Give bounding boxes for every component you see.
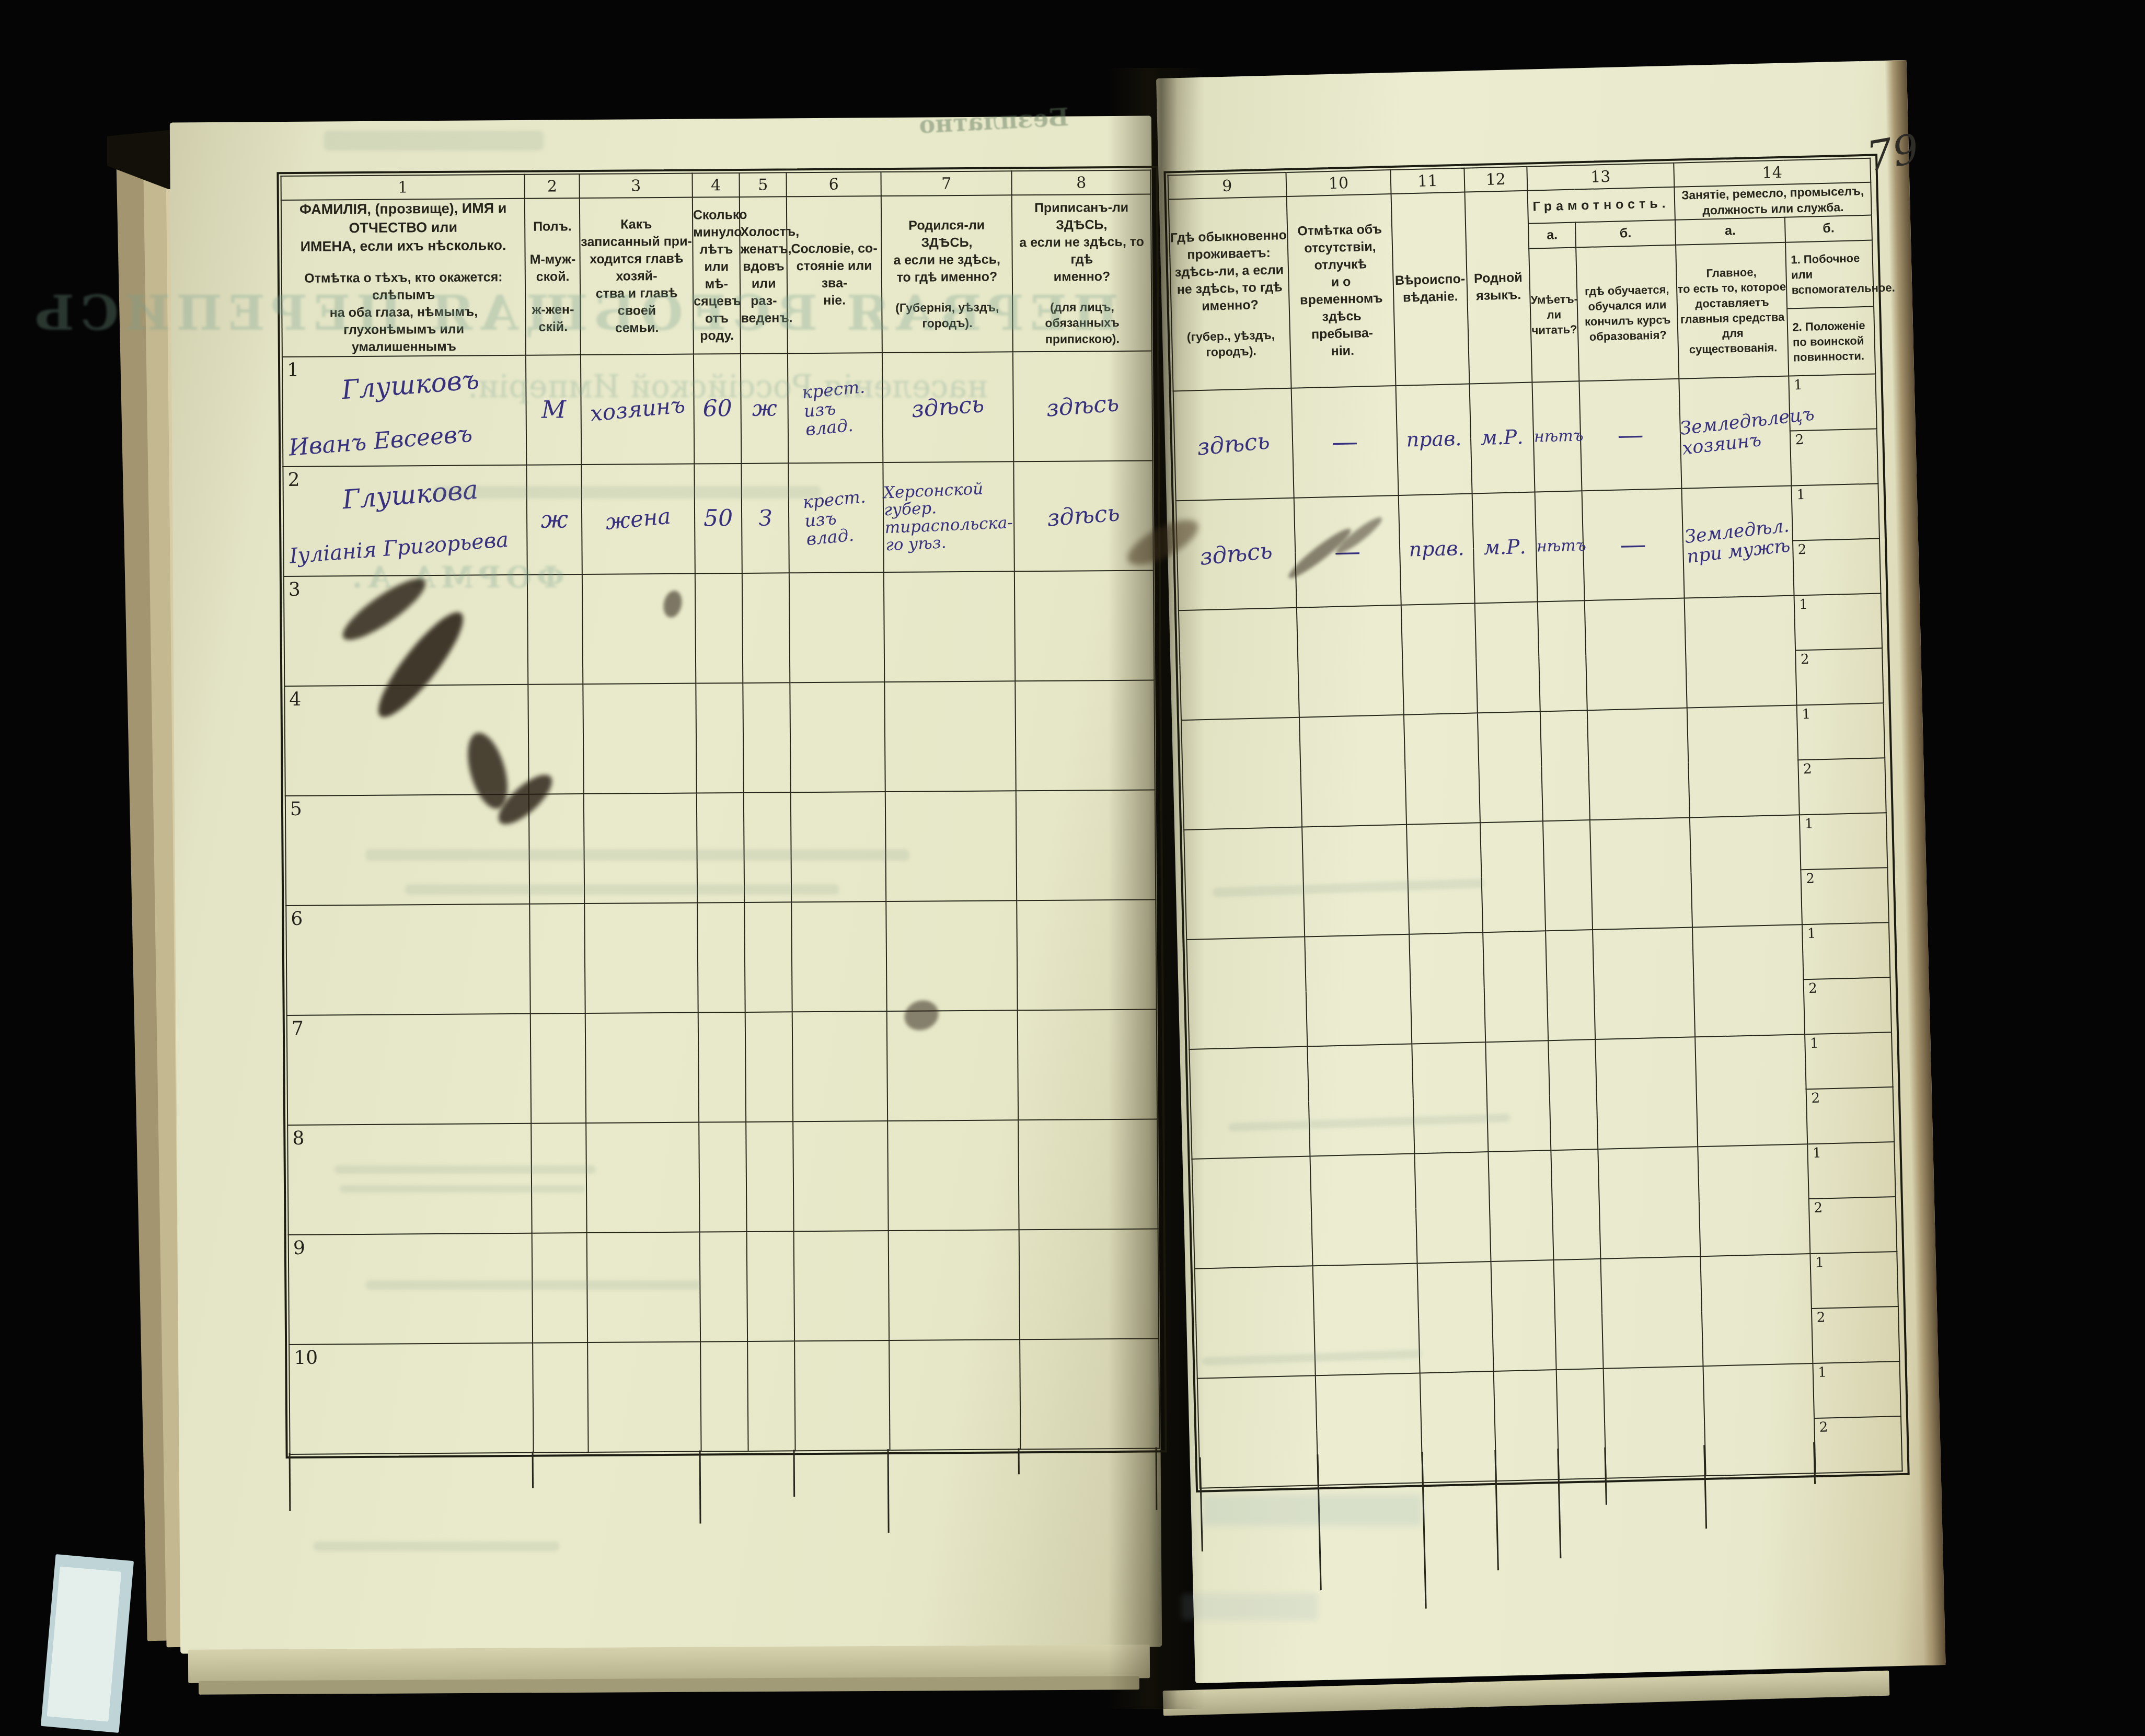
sub-row-label: 1	[1794, 377, 1803, 393]
row-number: 9	[293, 1237, 305, 1259]
col9-header-title: Гдѣ обыкновенно проживаетъ: здѣсь-ли, а …	[1170, 227, 1289, 316]
sub-row-label: 1	[1802, 707, 1810, 722]
col10-header: Отмѣтка объ отсутствіи, отлучкѣ и о врем…	[1286, 194, 1396, 388]
table-row: 3	[284, 570, 1154, 686]
sub-row-label: 2	[1819, 1419, 1828, 1435]
entry-surname: Глушковъ	[341, 362, 526, 404]
sub-row-label: 2	[1795, 432, 1804, 448]
book-photo: 1 2 3 4 5 6 7 8 ФАМИЛІЯ, (прозвище), ИМЯ…	[0, 0, 2145, 1736]
entry-residence: здѣсь	[1199, 538, 1274, 570]
sub-row-label: 1	[1813, 1145, 1821, 1161]
entry-age: 50	[704, 506, 733, 531]
entry-marital: З	[758, 506, 772, 530]
col2-header-male: М-муж- ской.	[526, 251, 580, 286]
col1-header: ФАМИЛІЯ, (прозвище), ИМЯ и ОТЧЕСТВО или …	[281, 199, 526, 357]
table-row: 9	[289, 1229, 1159, 1345]
entry-marital: ж	[752, 397, 777, 421]
col14b-label: б.	[1785, 215, 1872, 242]
entry-occupation-main: Земледѣл. при мужѣ	[1683, 516, 1792, 568]
sub-row-label: 2	[1801, 652, 1809, 667]
col4-header: Сколько минуло лѣтъ или мѣ- сяцевъ отъ р…	[693, 197, 741, 354]
row-number: 2	[287, 469, 299, 491]
census-table-left-grid: 1 2 3 4 5 6 7 8 ФАМИЛІЯ, (прозвище), ИМЯ…	[281, 169, 1160, 1455]
entry-sex: М	[541, 397, 566, 423]
sub-row-label: 2	[1808, 981, 1817, 997]
col10-number: 10	[1286, 170, 1391, 196]
col9-header: Гдѣ обыкновенно проживаетъ: здѣсь-ли, а …	[1169, 196, 1291, 391]
col1-header-title: ФАМИЛІЯ, (прозвище), ИМЯ и ОТЧЕСТВО или …	[282, 199, 525, 257]
col13b-label: б.	[1575, 220, 1676, 248]
col11-header: Вѣроиспо- вѣданіе.	[1391, 192, 1469, 386]
entry-language: м.Р.	[1483, 536, 1526, 559]
col13b-header: гдѣ обучается, обучался или кончилъ курс…	[1576, 245, 1679, 381]
entry-name: Іуліанія Григорьева	[289, 527, 527, 568]
col14b-header: 1. Побочное или вспомогательное. 2. Поло…	[1785, 240, 1875, 376]
col8-number: 8	[1012, 170, 1151, 195]
col7-header-note: (Губернія, уѣздъ, городъ).	[882, 299, 1012, 331]
entry-name: Иванъ Евсеевъ	[288, 418, 526, 460]
table-edge-line	[289, 1453, 291, 1511]
page-stack-bottom-left	[47, 1566, 122, 1721]
sub-row-label: 1	[1815, 1255, 1824, 1270]
table-edge-line	[1156, 1447, 1158, 1510]
col8-header: Приписанъ-ли ЗДѢСЬ, а если не здѣсь, то …	[1012, 194, 1152, 352]
table-row: 6	[286, 899, 1156, 1015]
entry-registered: здѣсь	[1046, 501, 1121, 531]
col3-header: Какъ записанный при- ходится главѣ хозяй…	[580, 198, 694, 355]
entry-relation: хозяинъ	[589, 393, 686, 425]
sub-row-label: 1	[1799, 597, 1808, 612]
sub-row-label: 2	[1806, 871, 1815, 887]
col1-number: 1	[281, 175, 525, 200]
row-number: 5	[290, 798, 302, 820]
census-table-right-grid: 9 10 11 12 13 14 Гдѣ обыкновенно прожива…	[1168, 158, 1903, 1489]
col2-number: 2	[525, 174, 580, 199]
sub-row-label: 2	[1797, 542, 1806, 558]
col5-number: 5	[740, 172, 787, 197]
entry-religion: прав.	[1409, 538, 1464, 561]
row-number: 3	[289, 579, 301, 600]
table-edge-line	[793, 1450, 795, 1497]
entry-registered: здѣсь	[1045, 391, 1120, 421]
entry-residence: здѣсь	[1196, 429, 1271, 460]
sub-row-label: 1	[1818, 1364, 1827, 1380]
sub-row-label: 2	[1803, 761, 1812, 777]
table-row: 4	[284, 680, 1155, 796]
col8-header-title: Приписанъ-ли ЗДѢСЬ, а если не здѣсь, то …	[1012, 199, 1151, 286]
row-number: 7	[292, 1018, 304, 1039]
row-number: 6	[291, 908, 303, 930]
col12-header: Родной языкъ.	[1464, 191, 1532, 384]
col7-header: Родился-ли ЗДѢСЬ, а если не здѣсь, то гд…	[881, 195, 1013, 353]
entry-literacy: нѣтъ	[1537, 537, 1586, 555]
col14b-military-label: 2. Положеніе по воинской повинности.	[1788, 307, 1875, 375]
census-table-left: 1 2 3 4 5 6 7 8 ФАМИЛІЯ, (прозвище), ИМЯ…	[276, 166, 1167, 1459]
col14a-label: а.	[1675, 217, 1786, 245]
entry-birthplace: здѣсь	[910, 392, 985, 422]
table-edge-line	[532, 1452, 534, 1488]
col13-group-header: Грамотность.	[1527, 187, 1675, 224]
row-number: 10	[294, 1347, 318, 1369]
entry-age: 60	[702, 396, 732, 421]
table-edge-line	[1018, 1448, 1020, 1474]
right-page: 9 10 11 12 13 14 Гдѣ обыкновенно прожива…	[1156, 60, 1946, 1683]
census-table-right: 9 10 11 12 13 14 Гдѣ обыкновенно прожива…	[1163, 154, 1909, 1492]
col8-header-note: (для лицъ, обязанныхъ припискою).	[1013, 298, 1151, 347]
entry-absence: —	[1334, 537, 1361, 566]
entry-religion: прав.	[1406, 428, 1462, 451]
col7-header-title: Родился-ли ЗДѢСЬ, а если не здѣсь, то гд…	[882, 216, 1012, 286]
row-number: 8	[292, 1128, 304, 1149]
col6-number: 6	[787, 172, 881, 196]
entry-relation: жена	[605, 504, 672, 534]
entry-education: —	[1620, 530, 1646, 559]
entry-education: —	[1617, 420, 1644, 449]
table-row: 7	[287, 1009, 1157, 1125]
col2-header: Полъ. М-муж- ской. ж-жен- скій.	[525, 198, 581, 355]
table-row: 5	[285, 790, 1156, 906]
col13a-header: Умѣетъ- ли читать?	[1529, 247, 1579, 382]
col14-group-header: Занятіе, ремесло, промыселъ, должность и…	[1674, 182, 1872, 220]
entry-estate: крест. изъ влад.	[802, 487, 870, 549]
col7-number: 7	[881, 171, 1012, 196]
sub-row-label: 1	[1807, 926, 1816, 942]
entry-language: м.Р.	[1481, 426, 1524, 449]
col6-header: Сословіе, со- стояніе или зва- ніе.	[787, 196, 882, 353]
col1-header-note: Отмѣтка о тѣхъ, кто окажется: слѣпымъ на…	[282, 269, 525, 356]
col2-header-title: Полъ.	[525, 218, 579, 236]
col2-header-female: ж-жен- скій.	[526, 301, 580, 336]
row-number: 1	[287, 360, 299, 381]
col14a-header: Главное, то есть то, которое доставляетъ…	[1676, 242, 1789, 378]
page-number: 79	[1863, 125, 1922, 181]
table-edge-line	[699, 1451, 701, 1524]
entry-sex: ж	[541, 506, 569, 533]
col13-number: 13	[1527, 163, 1674, 191]
sub-row-label: 1	[1796, 487, 1805, 503]
col13a-label: а.	[1528, 222, 1576, 248]
col3-number: 3	[580, 173, 693, 199]
entry-surname: Глушкова	[341, 472, 527, 514]
col9-number: 9	[1168, 172, 1287, 199]
sub-row-label: 2	[1811, 1090, 1820, 1106]
sub-row-label: 1	[1804, 816, 1813, 832]
sub-row-label: 2	[1816, 1310, 1825, 1325]
table-row: 1 Глушковъ Иванъ Евсеевъ М хозяинъ 60 ж …	[282, 351, 1152, 467]
col4-number: 4	[692, 173, 740, 198]
col14b-side-occupation-label: 1. Побочное или вспомогательное.	[1786, 240, 1873, 309]
table-row: 2 Глушкова Іуліанія Григорьева ж жена 50…	[283, 460, 1153, 576]
entry-birthplace: Херсонской губер. тираспольска- го уѣз.	[883, 479, 1014, 554]
left-page: 1 2 3 4 5 6 7 8 ФАМИЛІЯ, (прозвище), ИМЯ…	[170, 115, 1162, 1653]
table-row: 10	[289, 1338, 1159, 1454]
entry-estate: крест. изъ влад.	[801, 377, 869, 439]
table-edge-line	[887, 1449, 890, 1533]
entry-absence: —	[1331, 427, 1358, 456]
table-row: 8	[287, 1119, 1158, 1235]
entry-literacy: нѣтъ	[1534, 427, 1584, 446]
sub-row-label: 1	[1810, 1035, 1819, 1051]
col12-number: 12	[1464, 167, 1527, 192]
col11-number: 11	[1391, 168, 1464, 194]
sub-row-label: 2	[1814, 1200, 1823, 1216]
col9-header-note: (губер., уѣздъ, городъ).	[1172, 327, 1290, 361]
row-number: 4	[289, 689, 301, 710]
